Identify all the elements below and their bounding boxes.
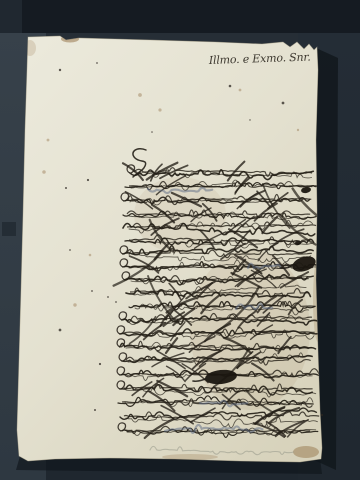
dark-speck	[229, 85, 232, 88]
paper-stain	[190, 250, 310, 410]
foxing-dot	[89, 254, 92, 257]
dark-speck	[282, 102, 285, 105]
dark-speck	[69, 249, 71, 251]
ink-blot	[295, 241, 301, 245]
paper-stain	[293, 446, 319, 458]
foxing-dot	[297, 129, 299, 131]
foxing-dot	[47, 139, 50, 142]
dark-speck	[91, 290, 93, 292]
manuscript-photo: Illmo. e Exmo. Snr.	[0, 0, 360, 480]
foxing-dot	[42, 170, 46, 174]
dark-speck	[65, 187, 67, 189]
foxing-dot	[239, 89, 242, 92]
backdrop-top-band	[0, 0, 360, 33]
foxing-dot	[138, 93, 142, 97]
dark-speck	[151, 131, 153, 133]
dark-speck	[249, 119, 250, 120]
backdrop-top-left-corner	[0, 0, 22, 33]
dark-speck	[115, 301, 117, 303]
dark-speck	[99, 363, 101, 365]
backdrop-smudge	[2, 222, 16, 236]
dark-speck	[96, 62, 98, 64]
dark-speck	[321, 414, 323, 416]
dark-speck	[59, 329, 62, 332]
foxing-dot	[73, 303, 76, 306]
manuscript-photo-canvas: Illmo. e Exmo. Snr.	[0, 0, 360, 480]
foxing-dot	[158, 108, 161, 111]
dark-speck	[59, 69, 61, 71]
dark-speck	[94, 409, 96, 411]
dark-speck	[107, 296, 109, 298]
dark-speck	[87, 179, 89, 181]
